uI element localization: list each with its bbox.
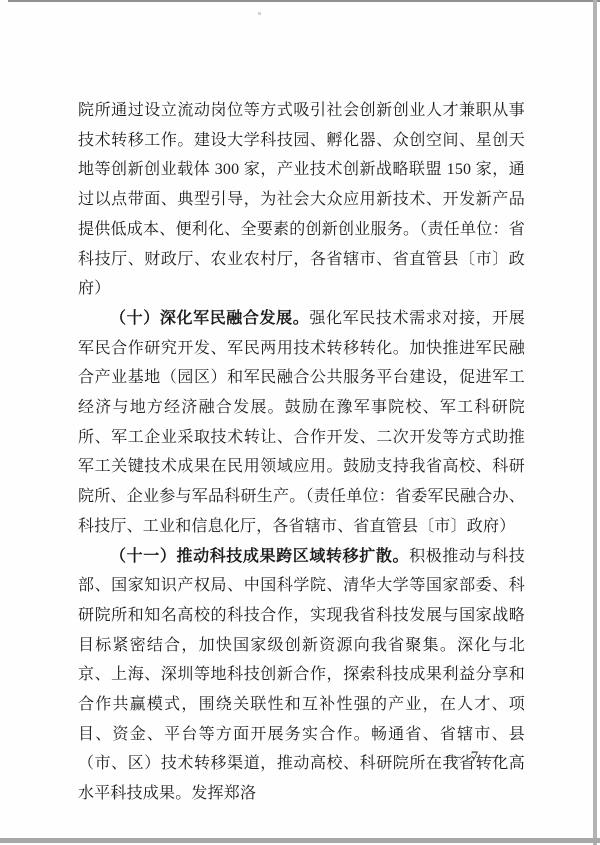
document-body-text: 院所通过设立流动岗位等方式吸引社会创新创业人才兼职从事技术转移工作。建设大学科技…	[78, 96, 525, 809]
scanned-document-page: 院所通过设立流动岗位等方式吸引社会创新创业人才兼职从事技术转移工作。建设大学科技…	[0, 0, 600, 845]
scan-edge-right	[593, 0, 597, 845]
scan-edge-bottom	[0, 838, 600, 843]
paragraph-bold-heading: （十）深化军民融合发展。	[110, 310, 309, 327]
paragraph: （十）深化军民融合发展。强化军民技术需求对接，开展军民合作研究开发、军民两用技术…	[78, 304, 525, 542]
paragraph: 院所通过设立流动岗位等方式吸引社会创新创业人才兼职从事技术转移工作。建设大学科技…	[78, 96, 525, 304]
paragraph: （十一）推动科技成果跨区域转移扩散。积极推动与科技部、国家知识产权局、中国科学院…	[78, 542, 525, 809]
scan-edge-top	[8, 0, 600, 2]
page-number: — 7 —	[446, 749, 506, 766]
scan-speck	[258, 12, 261, 15]
paragraph-bold-heading: （十一）推动科技成果跨区域转移扩散。	[110, 548, 409, 565]
